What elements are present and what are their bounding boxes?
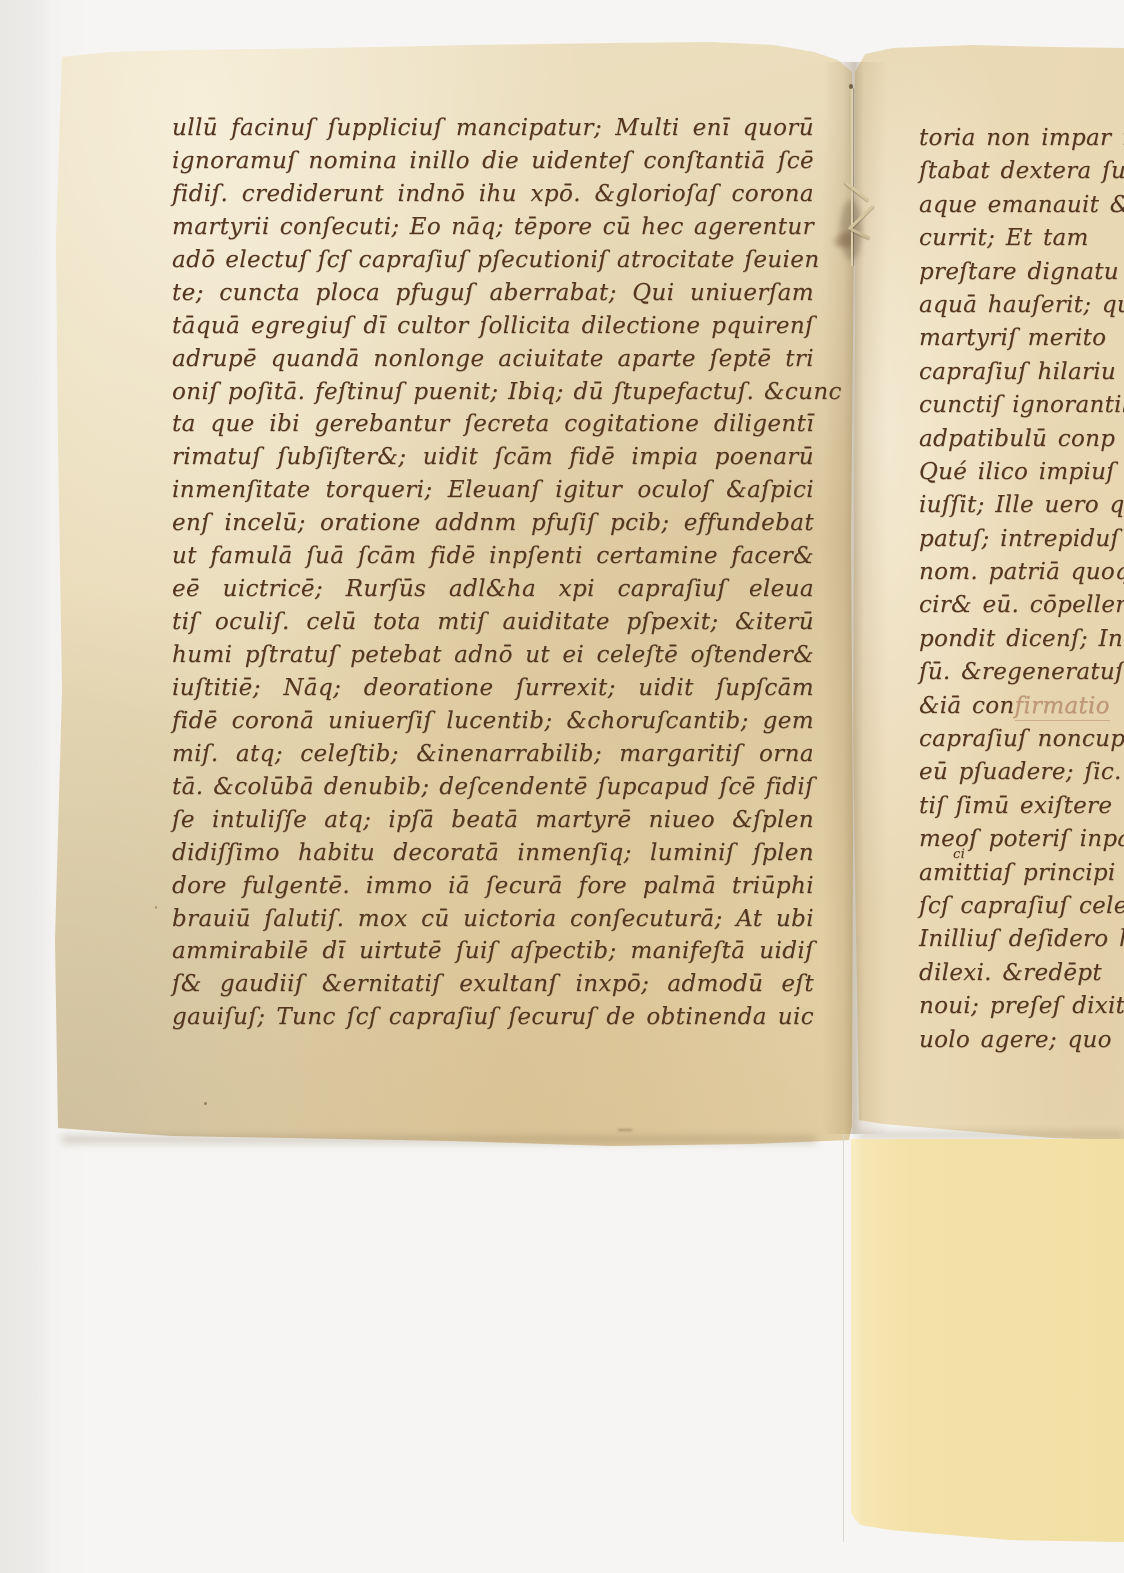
manuscript-line: martyrii conſecuti; Eo nāq; tēpore cū he… — [172, 211, 814, 244]
parchment-speck — [155, 906, 157, 909]
manuscript-line: ullū facinuſ ſuppliciuſ mancipatur; Mult… — [172, 112, 814, 145]
manuscript-line: capraſiuſ hilariu — [919, 356, 1124, 389]
manuscript-line: cunctiſ ignorantib — [919, 389, 1124, 422]
right-parchment-page: toria non impar mi ſtabat dextera ſu aqu… — [853, 40, 1124, 1145]
manuscript-line: rimatuſ ſubſiſter&; uidit ſcām fidē impi… — [172, 441, 814, 474]
manuscript-line: fidiſ. crediderunt indnō ihu xpō. &glori… — [172, 178, 814, 211]
parchment-speck — [618, 1129, 632, 1131]
right-page-bottom-shadow — [858, 1132, 1124, 1138]
manuscript-line: ignoramuſ nomina inillo die uidenteſ con… — [172, 145, 814, 178]
left-page-text-block: ullū facinuſ ſuppliciuſ mancipatur; Mult… — [172, 112, 814, 1034]
manuscript-line: enſ incelū; oratione addnm pfuſiſ pcib; … — [172, 507, 814, 540]
manuscript-line: eū pſuadere; ſic. — [919, 756, 1124, 789]
left-parchment-page: ullū facinuſ ſuppliciuſ mancipatur; Mult… — [52, 40, 855, 1150]
manuscript-line: ta que ibi gerebantur ſecreta cogitation… — [172, 408, 814, 441]
manuscript-line: dilexi. &redēpt — [919, 957, 1124, 990]
manuscript-line: ſū. &regeneratuſ — [919, 656, 1124, 689]
manuscript-line: ſtabat dextera ſu — [919, 155, 1124, 188]
manuscript-line: iuſſit; Ille uero qu — [919, 489, 1124, 522]
line-dark-ink-part: &iā con — [919, 693, 1015, 719]
manuscript-line: pondit dicenſ; In — [919, 623, 1124, 656]
left-page-bottom-shadow — [62, 1136, 816, 1143]
manuscript-line: currit; Et tam — [919, 222, 1124, 255]
manuscript-line: patuſ; intrepiduſ — [919, 523, 1124, 556]
right-page-text-block: toria non impar mi ſtabat dextera ſu aqu… — [919, 122, 1124, 1057]
manuscript-line: meoſ poteriſ inpa — [919, 823, 1124, 856]
manuscript-line: nom. patriā quoq; — [919, 556, 1124, 589]
manuscript-line: ſ& gaudiiſ &ernitatiſ exultanſ inxpō; ad… — [172, 968, 814, 1001]
manuscript-line: tāquā egregiuſ dī cultor ſollicita dilec… — [172, 310, 814, 343]
faded-underlined-correction: firmatio — [1015, 693, 1110, 721]
manuscript-photograph: { "document": { "type": "medieval manusc… — [0, 0, 1124, 1573]
manuscript-line: tiſ ſimū exiſtere — [919, 790, 1124, 823]
manuscript-line: ſcſ capraſiuſ celeſ — [919, 890, 1124, 923]
manuscript-line: martyriſ merito — [919, 322, 1124, 355]
manuscript-line: inmenſitate torqueri; Eleuanſ igitur ocu… — [172, 474, 814, 507]
manuscript-line: fidē coronā uniuerſiſ lucentib; &choruſc… — [172, 705, 814, 738]
manuscript-line: adō electuſ ſcſ capraſiuſ pſecutioniſ at… — [172, 244, 814, 277]
manuscript-line: oniſ poſitā. feſtinuſ puenit; Ibiq; dū ſ… — [172, 376, 814, 409]
manuscript-line: Inilliuſ deſidero h — [919, 923, 1124, 956]
manuscript-line: ut famulā ſuā ſcām fidē inpſenti certami… — [172, 540, 814, 573]
sewing-hole — [849, 84, 853, 89]
manuscript-line-with-insertion: ciamittiaſ principi — [919, 857, 1124, 890]
manuscript-line: iuſtitiē; Nāq; deoratione ſurrexit; uidi… — [172, 672, 814, 705]
manuscript-line: aquā hauſerit; qu — [919, 289, 1124, 322]
manuscript-line: Qué ilico impiuſ t — [919, 456, 1124, 489]
manuscript-line: humi pſtratuſ petebat adnō ut ei celeſtē… — [172, 639, 814, 672]
line-text: amittiaſ principi — [919, 860, 1116, 886]
manuscript-line: adrupē quandā nonlonge aciuitate aparte … — [172, 343, 814, 376]
manuscript-line: gauiſuſ; Tunc ſcſ capraſiuſ ſecuruſ de o… — [172, 1001, 814, 1034]
manuscript-line: brauiū ſalutiſ. mox cū uictoria conſecut… — [172, 903, 814, 936]
manuscript-line: te; cuncta ploca pfuguſ aberrabat; Qui u… — [172, 277, 814, 310]
manuscript-line: aque emanauit & — [919, 189, 1124, 222]
manuscript-line: preſtare dignatu — [919, 256, 1124, 289]
manuscript-line: didiſſimo habitu decoratā inmenſiq; lumi… — [172, 837, 814, 870]
manuscript-line: ſe intuliſſe atq; ipſā beatā martyrē niu… — [172, 804, 814, 837]
manuscript-line: adpatibulū conp — [919, 423, 1124, 456]
parchment-speck — [204, 1102, 207, 1105]
manuscript-line: uolo agere; quo u — [919, 1024, 1124, 1057]
manuscript-line: dore fulgentē. immo iā ſecurā fore palmā… — [172, 870, 814, 903]
yellow-under-leaf — [851, 1139, 1124, 1543]
manuscript-line-with-faded-correction: &iā confirmatio — [919, 690, 1124, 723]
manuscript-line: noui; preſeſ dixit — [919, 990, 1124, 1023]
manuscript-line: capraſiuſ noncupa — [919, 723, 1124, 756]
under-leaf-seam-line — [843, 1134, 844, 1542]
binding-thread — [851, 88, 853, 266]
manuscript-line: ammirabilē dī uirtutē ſuiſ aſpectib; man… — [172, 935, 814, 968]
manuscript-line: cir& eū. cōpeller — [919, 589, 1124, 622]
manuscript-line: tiſ oculiſ. celū tota mtiſ auiditate pſp… — [172, 606, 814, 639]
interlinear-insertion: ci — [953, 848, 965, 861]
manuscript-line: eē uictricē; Rurſūs adl&ha xpi capraſiuſ… — [172, 573, 814, 606]
manuscript-line: miſ. atq; celeſtib; &inenarrabilib; marg… — [172, 738, 814, 771]
manuscript-line: tā. &colūbā denubib; deſcendentē ſupcapu… — [172, 771, 814, 804]
manuscript-line: toria non impar mi — [919, 122, 1124, 155]
